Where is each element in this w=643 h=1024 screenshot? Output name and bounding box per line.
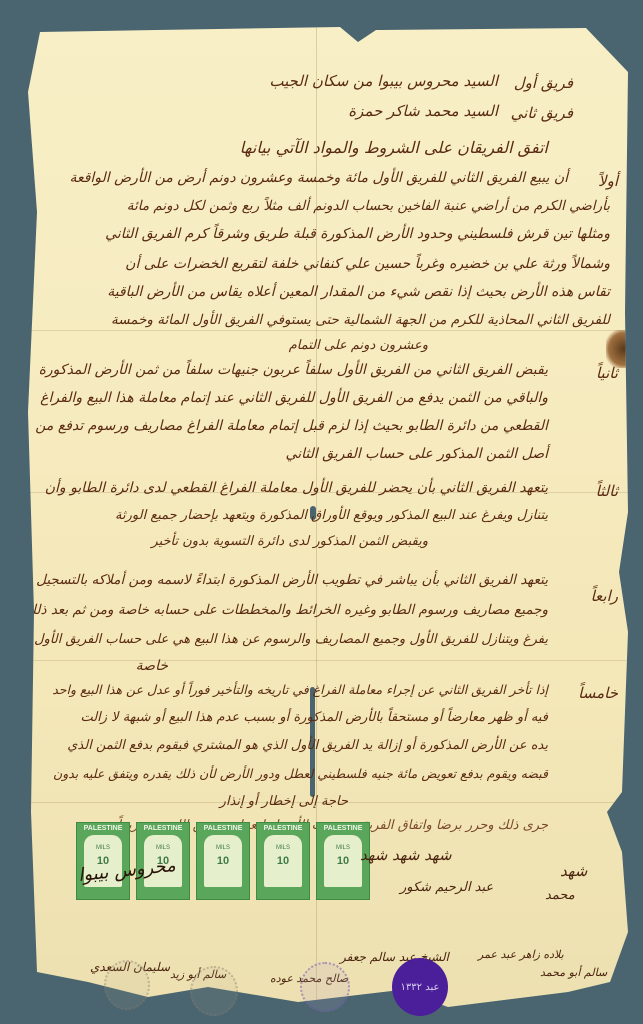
preamble: اتفق الفريقان على الشروط والمواد الآتي ب… — [240, 138, 548, 157]
clause-4-number: رابعاً — [591, 587, 618, 605]
clause-5-line: حاجة إلى إخطار أو إنذار — [220, 794, 348, 809]
revenue-stamp: PALESTINE MILS 10 — [256, 822, 310, 900]
signature-name: محمد — [545, 888, 575, 903]
clause-5-number: خامساً — [578, 684, 618, 702]
ink-seal: عبد ١٣٣٢ — [392, 958, 448, 1016]
ink-seal — [190, 966, 238, 1016]
horizontal-fold — [28, 660, 628, 661]
clause-5-line: قبضه ويقوم بدفع تعويض مائة جنيه فلسطيني … — [53, 766, 548, 781]
clause-1-line: تقاس هذه الأرض بحيث إذا نقص شيء من المقد… — [107, 284, 610, 300]
horizontal-fold — [28, 330, 628, 331]
signature-role: شهد — [560, 862, 587, 880]
signature-name: بلاده زاهر عبد عمر — [478, 948, 564, 961]
party-1-name: السيد محروس بيبوا من سكان الجيب — [269, 72, 498, 90]
clause-5-line: فيه أو ظهر معارضاً أو مستحقاً بالأرض الم… — [80, 710, 548, 725]
clause-4-line: خاصة — [136, 658, 168, 674]
revenue-stamp: PALESTINE MILS 10 — [196, 822, 250, 900]
clause-1-line: وعشرون دونم على التمام — [289, 338, 428, 353]
clause-2-number: ثانياً — [596, 364, 618, 382]
clause-5-line: إذا تأخر الفريق الثاني عن إجراء معاملة ا… — [52, 682, 548, 697]
clause-3-line: يتعهد الفريق الثاني بأن يحضر للفريق الأو… — [45, 480, 548, 496]
paper-stain — [606, 330, 628, 368]
party-2-label: فريق ثاني — [511, 104, 573, 122]
clause-1-number: أولاً — [598, 172, 618, 190]
party-2-name: السيد محمد شاكر حمزة — [348, 102, 498, 120]
clause-3-line: ويقبض الثمن المذكور لدى دائرة التسوية بد… — [151, 534, 428, 549]
signature-name: عبد الرحيم شكور — [400, 880, 493, 895]
clause-1-line: وشمالاً ورثة علي بن خضيره وغرباً حسين عل… — [125, 256, 610, 272]
witness-heading: شهد شهد شهد — [360, 846, 452, 864]
clause-4-line: وجميع مصاريف ورسوم الطابو وغيره الخرائط … — [25, 602, 548, 618]
clause-1-line: أن يبيع الفريق الثاني للفريق الأول مائة … — [69, 170, 568, 186]
signature-name: سالم أبو محمد — [540, 966, 607, 979]
clause-2-line: القطعي من دائرة الطابو بحيث إذا لزم قبل … — [35, 418, 548, 434]
clause-3-number: ثالثاً — [596, 482, 618, 500]
clause-1-line: بأراضي الكرم من أراضي عنبة الفاخين بحساب… — [127, 198, 610, 214]
clause-2-line: والباقي من الثمن يدفع من الفريق الأول لل… — [40, 390, 548, 406]
clause-3-line: يتنازل ويفرغ عند البيع المذكور ويوقع الأ… — [115, 508, 548, 523]
clause-4-line: يتعهد الفريق الثاني بأن يباشر في تطويب ا… — [36, 572, 548, 588]
clause-5-line: يده عن الأرض المذكورة أو إزالة يد الفريق… — [67, 738, 548, 753]
clause-2-line: أصل الثمن المذكور على حساب الفريق الثاني — [286, 446, 548, 462]
party-1-label: فريق أول — [514, 74, 573, 92]
ink-seal — [104, 960, 150, 1010]
clause-2-line: يقبض الفريق الثاني من الفريق الأول سلفاً… — [39, 362, 548, 378]
clause-4-line: يفرغ ويتنازل للفريق الأول وجميع المصاريف… — [34, 632, 548, 647]
ink-seal — [300, 962, 350, 1012]
clause-1-line: ومثلها تين قرش فلسطيني وحدود الأرض المذك… — [105, 226, 610, 242]
clause-1-line: للفريق الثاني المحاذية للكرم من الجهة ال… — [111, 312, 610, 328]
